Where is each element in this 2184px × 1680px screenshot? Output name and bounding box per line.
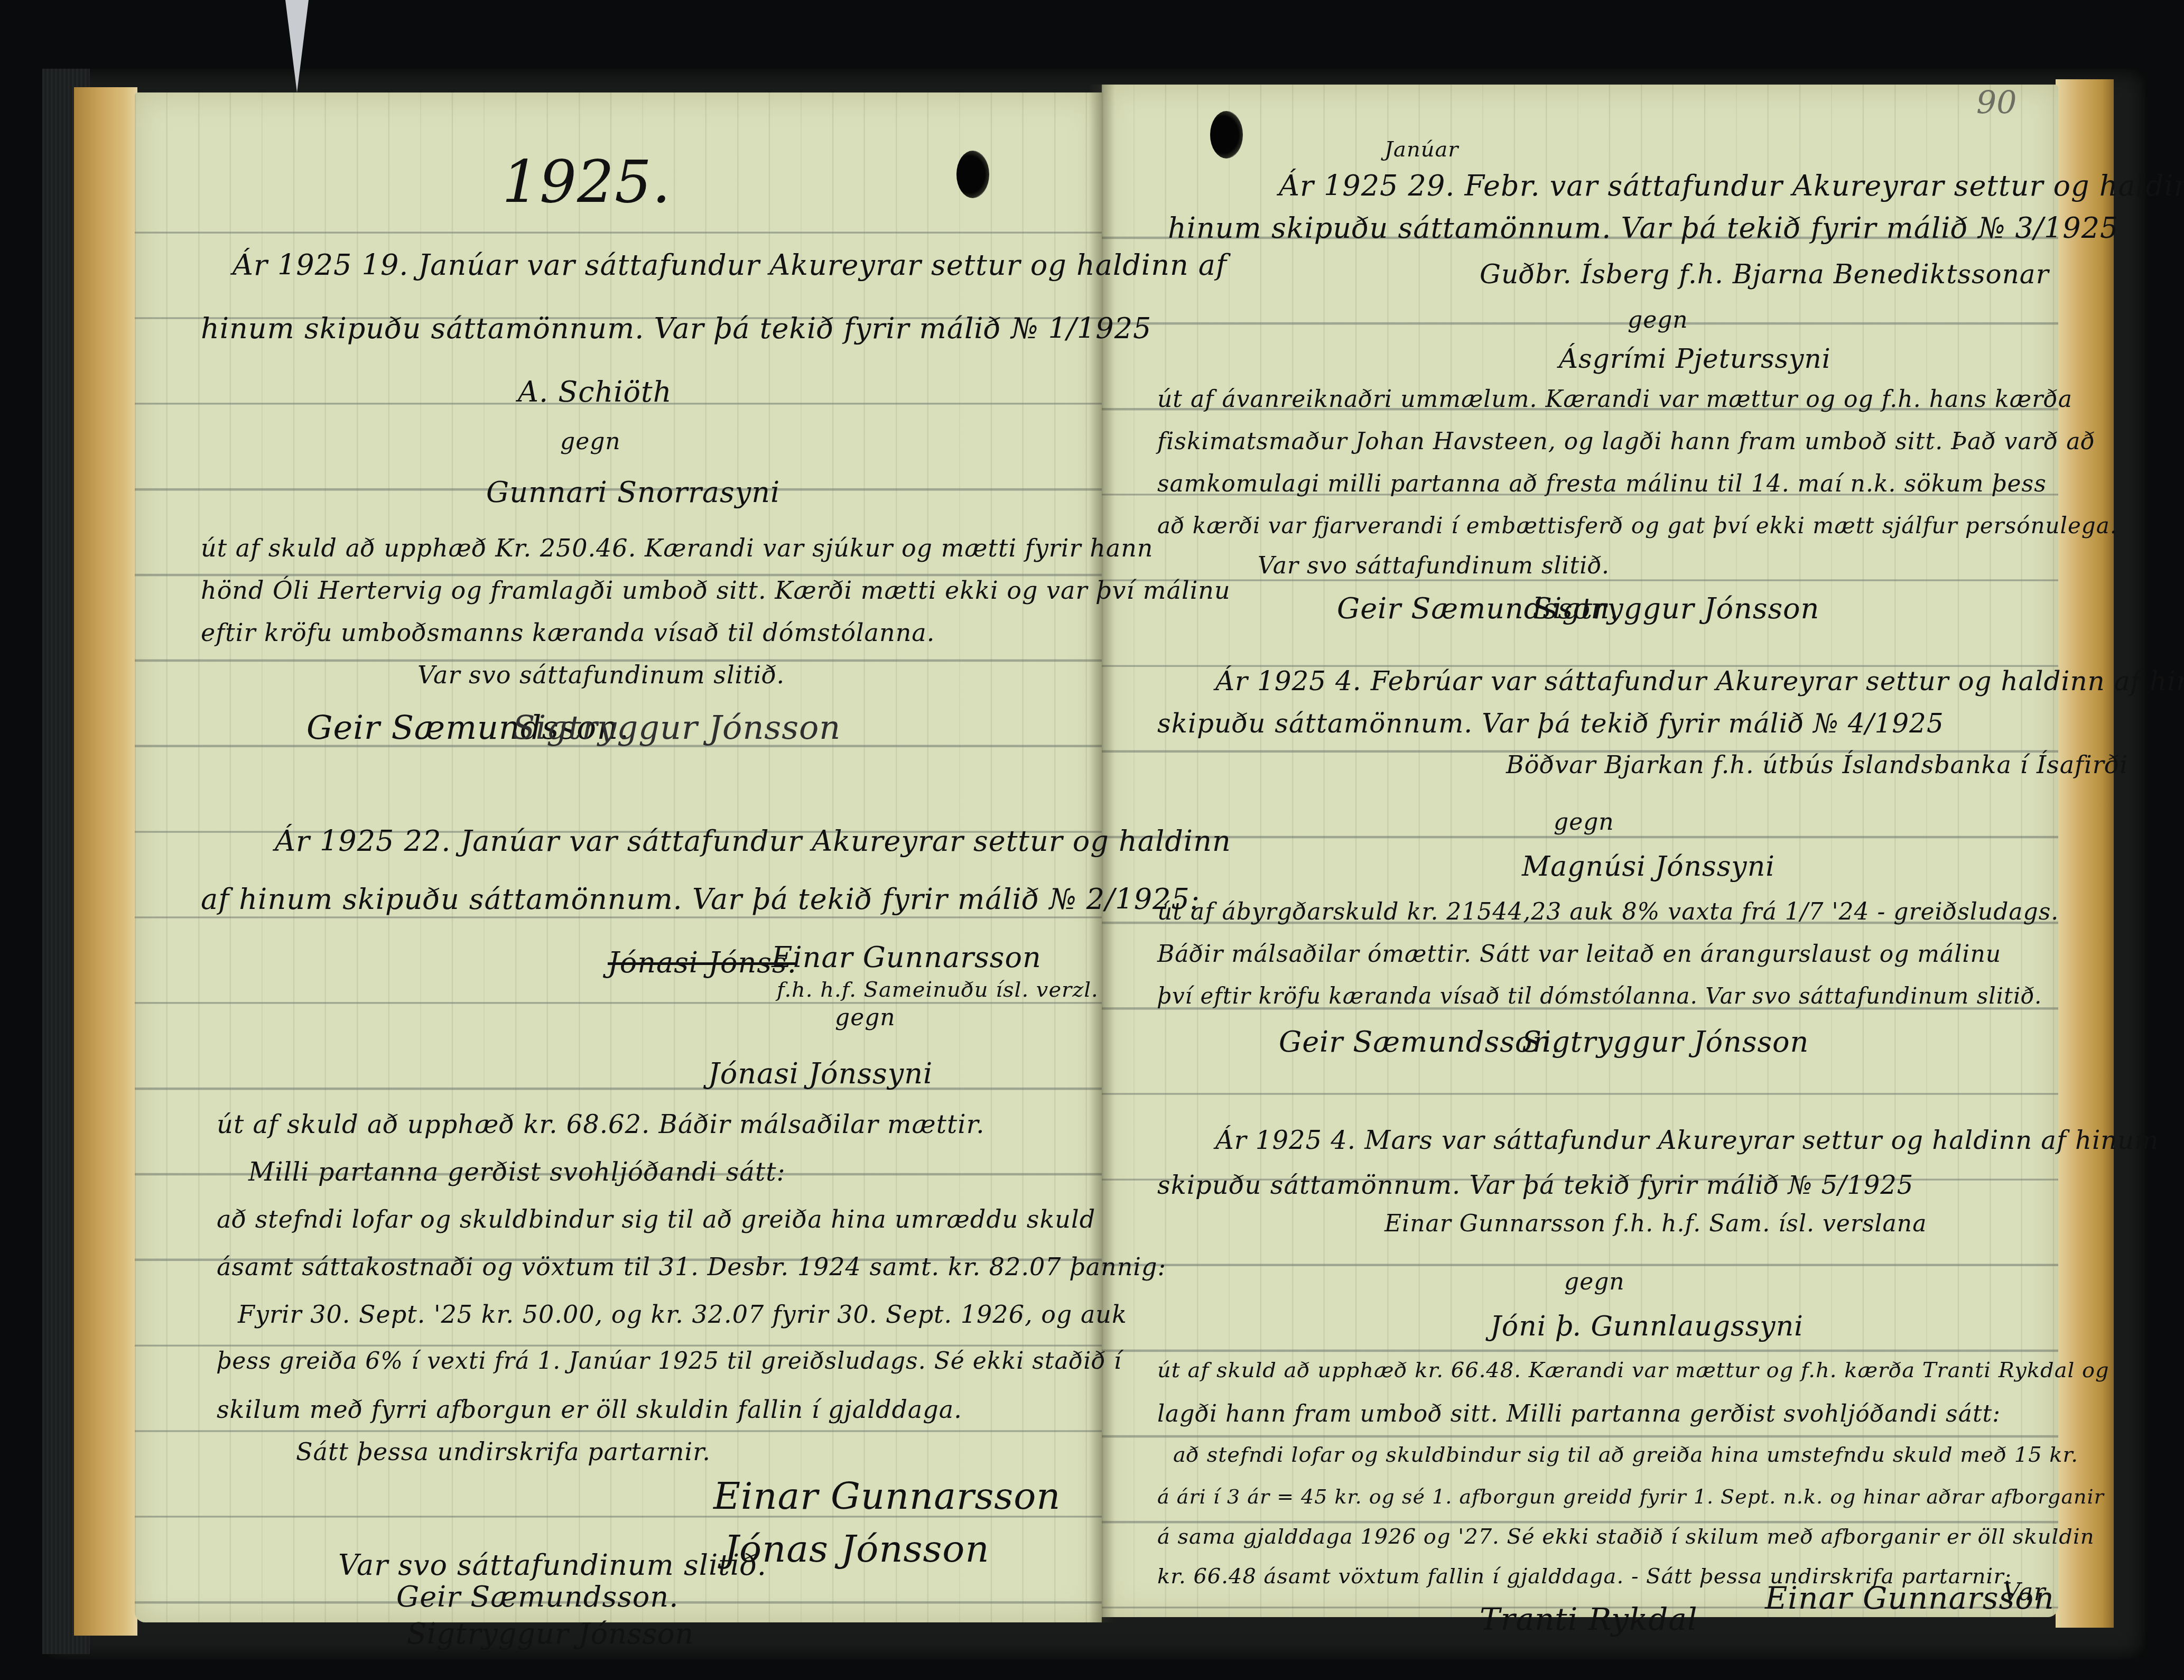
punch-hole-left: [956, 151, 989, 198]
entry-3-body-4: að kærði var fjarverandi í embættisferð …: [1157, 513, 2117, 539]
entry-3-closing: Var svo sáttafundinum slitið.: [1258, 552, 1610, 579]
entry-4-body-2: Báðir málsaðilar ómættir. Sátt var leita…: [1157, 941, 2001, 968]
page-number: 90: [1976, 85, 2016, 122]
entry-1-against: gegn: [560, 428, 621, 455]
entry-5-body-3: að stefndi lofar og skuldbindur sig til …: [1173, 1443, 2078, 1467]
entry-2-body-1: út af skuld að upphæð kr. 68.62. Báðir m…: [217, 1110, 985, 1139]
entry-2-line-1: Ár 1925 22. Janúar var sáttafundur Akure…: [275, 824, 1231, 858]
entry-3-body-3: samkomulagi milli partanna að fresta mál…: [1157, 470, 2047, 497]
entry-1-defendant: Gunnari Snorrasyni: [486, 476, 780, 509]
entry-5-body-4: á ári í 3 ár = 45 kr. og sé 1. afborgun …: [1157, 1485, 2104, 1508]
entry-2-body-2: Milli partanna gerðist svohljóðandi sátt…: [248, 1157, 786, 1187]
entry-5-trailing-word: Var: [2003, 1577, 2046, 1606]
entry-3-insertion: Janúar: [1384, 137, 1458, 162]
punch-hole-right: [1210, 111, 1243, 159]
entry-2-closing: Var svo sáttafundinum slitið.: [338, 1548, 767, 1582]
entry-3-body-2: fiskimatsmaður Johan Havsteen, og lagði …: [1157, 428, 2095, 455]
entry-5-line-1: Ár 1925 4. Mars var sáttafundur Akureyra…: [1215, 1126, 2159, 1155]
page-block-edge-right: [2056, 79, 2114, 1628]
entry-1-body-1: út af skuld að upphæð Kr. 250.46. Kærand…: [201, 534, 1153, 562]
entry-4-body-1: út af ábyrgðarskuld kr. 21544,23 auk 8% …: [1157, 898, 2059, 925]
entry-2-struck-name: Jónasi Jónss.: [608, 946, 797, 979]
entry-4-defendant: Magnúsi Jónssyni: [1522, 851, 1775, 883]
entry-1-body-3: eftir kröfu umboðsmanns kæranda vísað ti…: [201, 618, 935, 647]
entry-3-line-1: Ár 1925 29. Febr. var sáttafundur Akurey…: [1279, 169, 2184, 202]
page-block-edge-left: [74, 87, 137, 1636]
entry-1-closing: Var svo sáttafundinum slitið.: [417, 661, 785, 689]
entry-2-body-3: að stefndi lofar og skuldbindur sig til …: [217, 1205, 1095, 1233]
entry-5-body-5: á sama gjalddaga 1926 og '27. Sé ekki st…: [1157, 1525, 2094, 1549]
entry-1-body-2: hönd Óli Hertervig og framlagði umboð si…: [201, 576, 1231, 605]
entry-3-body-1: út af ávanreiknaðri ummælum. Kærandi var…: [1157, 386, 2073, 413]
entry-4-body-3: því eftir kröfu kæranda vísað til dómstó…: [1157, 983, 2042, 1009]
entry-2-signature-1: Geir Sæmundsson.: [396, 1580, 679, 1613]
entry-1-line-2: hinum skipuðu sáttamönnum. Var þá tekið …: [201, 312, 1151, 345]
entry-2-defendant: Jónasi Jónssyni: [708, 1057, 933, 1090]
entry-2-line-2: af hinum skipuðu sáttamönnum. Var þá tek…: [201, 883, 1200, 916]
entry-5-defendant: Jóni þ. Gunnlaugssyni: [1490, 1311, 1804, 1342]
entry-2-plaintiff-note: f.h. h.f. Sameinuðu ísl. verzl.: [777, 978, 1099, 1002]
entry-5-line-2: skipuðu sáttamönnum. Var þá tekið fyrir …: [1157, 1171, 1913, 1200]
entry-4-against: gegn: [1554, 809, 1614, 836]
entry-5-body-1: út af skuld að upphæð kr. 66.48. Kærandi…: [1157, 1358, 2109, 1382]
entry-2-signature-2: Sigtryggur Jónsson: [407, 1617, 694, 1650]
entry-2-body-4: ásamt sáttakostnaði og vöxtum til 31. De…: [217, 1252, 1166, 1281]
entry-1-signature-2: Sigtryggur Jónsson: [513, 708, 841, 747]
entry-2-against: gegn: [835, 1004, 896, 1031]
entry-5-plaintiff: Einar Gunnarsson f.h. h.f. Sam. ísl. ver…: [1384, 1210, 1927, 1237]
entry-5-party-signature-1: Tranti Rykdal: [1480, 1601, 1697, 1637]
entry-3-signature-2: Sigtryggur Jónsson: [1532, 592, 1819, 625]
entry-4-plaintiff: Böðvar Bjarkan f.h. útbús Íslandsbanka í…: [1506, 750, 2128, 779]
bookmark-needle: [285, 0, 309, 92]
entry-5-against: gegn: [1564, 1268, 1625, 1295]
entry-3-plaintiff: Guðbr. Ísberg f.h. Bjarna Benediktssonar: [1480, 259, 2049, 290]
entry-2-plaintiff: Einar Gunnarsson: [772, 941, 1042, 974]
entry-2-party-signature-1: Einar Gunnarsson: [713, 1474, 1061, 1518]
entry-5-body-2: lagði hann fram umboð sitt. Milli partan…: [1157, 1400, 2001, 1427]
entry-4-signature-1: Geir Sæmundsson.: [1279, 1025, 1561, 1059]
entry-3-against: gegn: [1628, 307, 1688, 333]
entry-2-body-8: Sátt þessa undirskrifa partarnir.: [296, 1437, 711, 1466]
entry-4-line-2: skipuðu sáttamönnum. Var þá tekið fyrir …: [1157, 708, 1944, 739]
entry-3-defendant: Ásgrími Pjeturssyni: [1559, 344, 1831, 374]
entry-2-body-6: þess greiða 6% í vexti frá 1. Janúar 192…: [217, 1348, 1122, 1375]
entry-1-line-1: Ár 1925 19. Janúar var sáttafundur Akure…: [233, 248, 1227, 282]
entry-4-signature-2: Sigtryggur Jónsson: [1522, 1025, 1809, 1059]
year-heading: 1925.: [502, 148, 671, 216]
entry-2-body-5: Fyrir 30. Sept. '25 kr. 50.00, og kr. 32…: [238, 1300, 1127, 1329]
entry-2-body-7: skilum með fyrri afborgun er öll skuldin…: [217, 1395, 962, 1424]
entry-3-line-2: hinum skipuðu sáttamönnum. Var þá tekið …: [1168, 211, 2118, 245]
entry-1-plaintiff: A. Schiöth: [518, 375, 672, 409]
entry-4-line-1: Ár 1925 4. Febrúar var sáttafundur Akure…: [1215, 666, 2184, 697]
